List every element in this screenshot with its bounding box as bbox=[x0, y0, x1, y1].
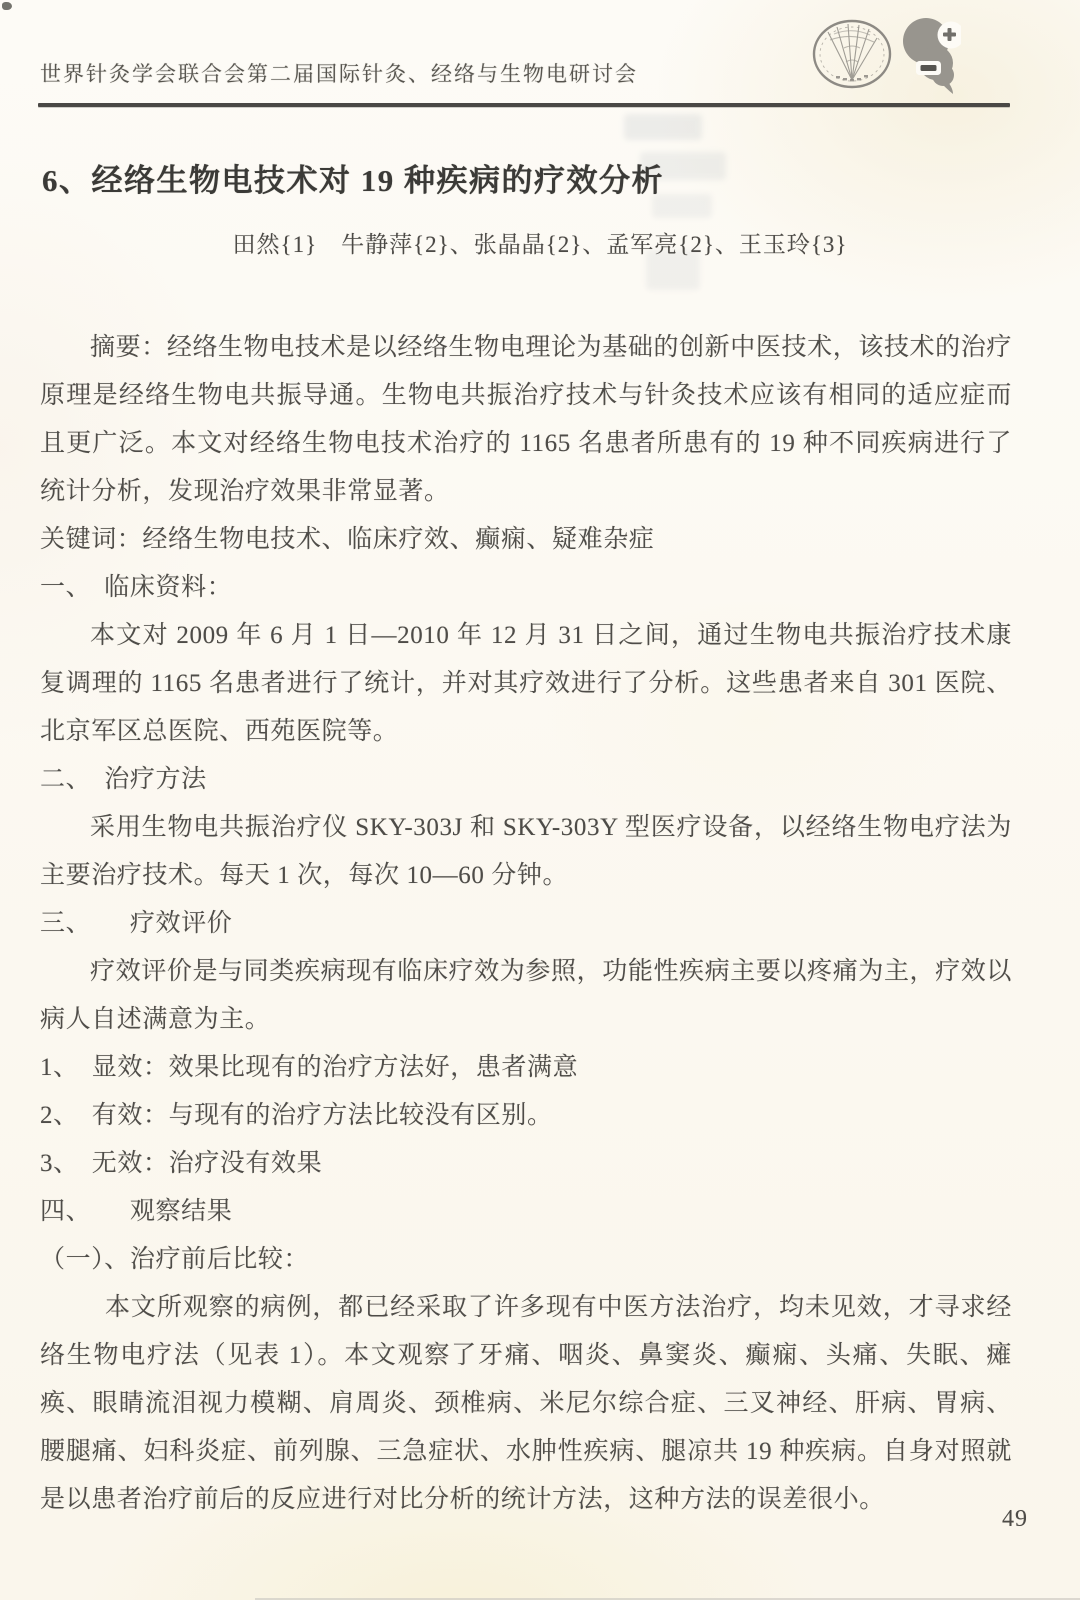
header-divider bbox=[38, 103, 1010, 107]
section-1-heading: 一、 临床资料： bbox=[40, 564, 1012, 612]
taiji-yin-yang-icon bbox=[903, 14, 961, 96]
paper-body: 摘要：经络生物电技术是以经络生物电理论为基础的创新中医技术，该技术的治疗原理是经… bbox=[40, 324, 1012, 1524]
section-2-heading: 二、 治疗方法 bbox=[40, 756, 1012, 804]
efficacy-criterion-1: 1、 显效：效果比现有的治疗方法好，患者满意 bbox=[40, 1044, 1012, 1092]
abstract-paragraph: 摘要：经络生物电技术是以经络生物电理论为基础的创新中医技术，该技术的治疗原理是经… bbox=[40, 324, 1012, 516]
section-4-paragraph: 本文所观察的病例，都已经采取了许多现有中医方法治疗，均未见效，才寻求经络生物电疗… bbox=[40, 1284, 1012, 1524]
efficacy-criterion-3: 3、 无效：治疗没有效果 bbox=[40, 1140, 1012, 1188]
page-number: 49 bbox=[1002, 1506, 1028, 1533]
conference-logo bbox=[810, 12, 960, 96]
wfas-seal-icon bbox=[810, 18, 894, 90]
scan-speck-artifact bbox=[2, 2, 12, 10]
scanned-paper-page: 世界针灸学会联合会第二届国际针灸、经络与生物电研讨会 bbox=[0, 0, 1080, 1600]
section-2-paragraph: 采用生物电共振治疗仪 SKY-303J 和 SKY-303Y 型医疗设备，以经络… bbox=[40, 804, 1012, 900]
authors-line: 田然{1} 牛静萍{2}、张晶晶{2}、孟军亮{2}、王玉玲{3} bbox=[0, 226, 1080, 259]
section-3-heading: 三、 疗效评价 bbox=[40, 900, 1012, 948]
conference-header: 世界针灸学会联合会第二届国际针灸、经络与生物电研讨会 bbox=[40, 58, 800, 88]
minus-mark bbox=[916, 61, 941, 75]
section-3-paragraph: 疗效评价是与同类疾病现有临床疗效为参照，功能性疾病主要以疼痛为主，疗效以病人自述… bbox=[40, 948, 1012, 1044]
keywords-line: 关键词：经络生物电技术、临床疗效、癫痫、疑难杂症 bbox=[40, 516, 1012, 564]
efficacy-criterion-2: 2、 有效：与现有的治疗方法比较没有区别。 bbox=[40, 1092, 1012, 1140]
section-4-subheading: （一）、治疗前后比较： bbox=[40, 1236, 1012, 1284]
section-4-heading: 四、 观察结果 bbox=[40, 1188, 1012, 1236]
bleed-through-artifact bbox=[606, 110, 736, 310]
section-1-paragraph: 本文对 2009 年 6 月 1 日—2010 年 12 月 31 日之间，通过… bbox=[40, 612, 1012, 756]
paper-title: 6、经络生物电技术对 19 种疾病的疗效分析 bbox=[42, 155, 1022, 200]
